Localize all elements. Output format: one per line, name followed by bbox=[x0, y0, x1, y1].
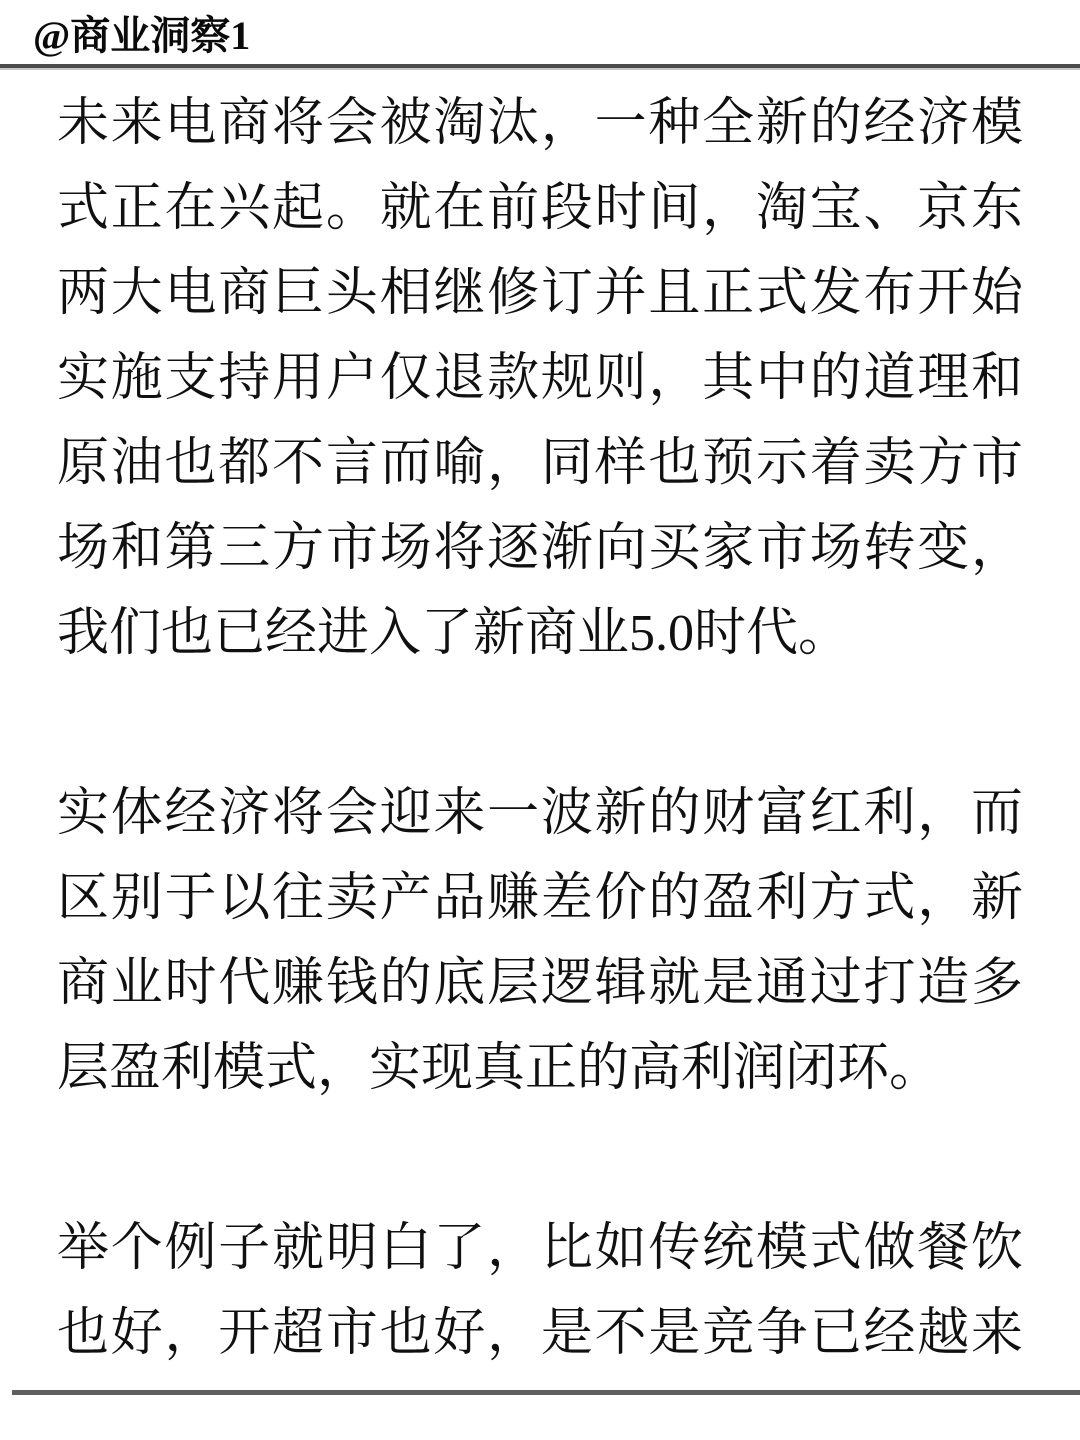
paragraph-3: 举个例子就明白了，比如传统模式做餐饮 也好，开超市也好，是不是竞争已经越来 bbox=[57, 1206, 1023, 1376]
text-line: 层盈利模式，实现真正的高利润闭环。 bbox=[57, 1026, 1023, 1111]
article-body: 未来电商将会被淘汰，一种全新的经济模 式正在兴起。就在前段时间，淘宝、京东 两大… bbox=[0, 68, 1080, 1376]
text-line: 实施支持用户仅退款规则，其中的道理和 bbox=[57, 336, 1023, 421]
text-line: 式正在兴起。就在前段时间，淘宝、京东 bbox=[57, 166, 1023, 251]
divider-bottom bbox=[12, 1390, 1080, 1395]
text-line: 场和第三方市场将逐渐向买家市场转变， bbox=[57, 506, 1023, 591]
text-line: 区别于以往卖产品赚差价的盈利方式，新 bbox=[57, 856, 1023, 941]
text-line: 实体经济将会迎来一波新的财富红利，而 bbox=[57, 771, 1023, 856]
text-line: 也好，开超市也好，是不是竞争已经越来 bbox=[57, 1291, 1023, 1376]
author-handle: @商业洞察1 bbox=[33, 13, 250, 58]
text-line: 商业时代赚钱的底层逻辑就是通过打造多 bbox=[57, 941, 1023, 1026]
paragraph-1: 未来电商将会被淘汰，一种全新的经济模 式正在兴起。就在前段时间，淘宝、京东 两大… bbox=[57, 81, 1023, 676]
text-line: 举个例子就明白了，比如传统模式做餐饮 bbox=[57, 1206, 1023, 1291]
text-line: 两大电商巨头相继修订并且正式发布开始 bbox=[57, 251, 1023, 336]
header: @商业洞察1 bbox=[0, 0, 1080, 64]
text-line: 未来电商将会被淘汰，一种全新的经济模 bbox=[57, 81, 1023, 166]
text-line: 原油也都不言而喻，同样也预示着卖方市 bbox=[57, 421, 1023, 506]
paragraph-2: 实体经济将会迎来一波新的财富红利，而 区别于以往卖产品赚差价的盈利方式，新 商业… bbox=[57, 771, 1023, 1111]
text-post-image: @商业洞察1 未来电商将会被淘汰，一种全新的经济模 式正在兴起。就在前段时间，淘… bbox=[0, 0, 1080, 1440]
text-line: 我们也已经进入了新商业5.0时代。 bbox=[57, 591, 1023, 676]
